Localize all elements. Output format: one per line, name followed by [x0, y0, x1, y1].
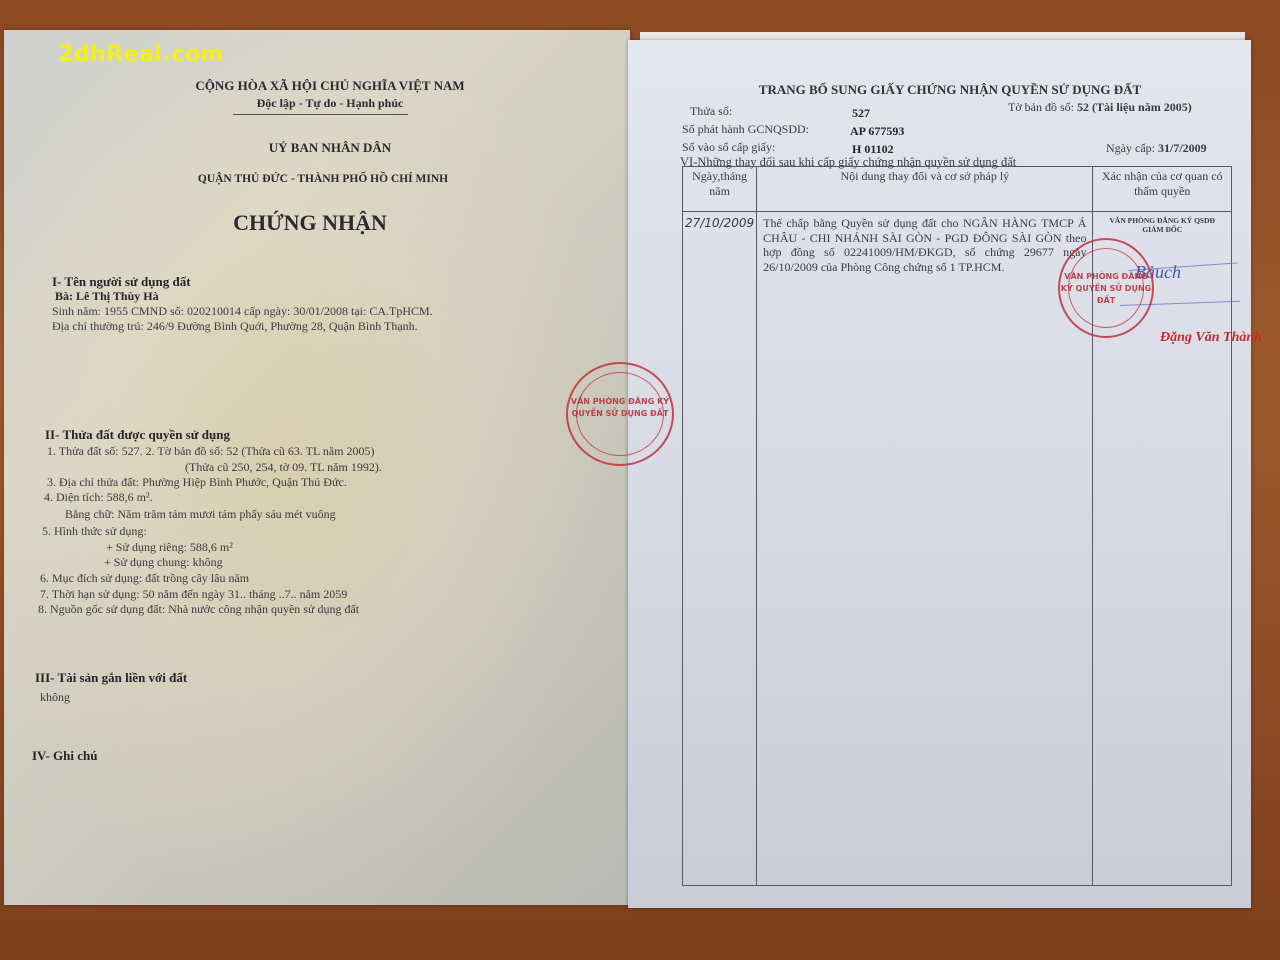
section2-heading: II- Thửa đất được quyền sử dụng — [45, 427, 230, 443]
site-watermark: 2dhReal.com — [58, 42, 224, 67]
national-title: CỘNG HÒA XÃ HỘI CHỦ NGHĨA VIỆT NAM — [100, 78, 560, 94]
district: QUẬN THỦ ĐỨC - THÀNH PHỐ HỒ CHÍ MINH — [100, 173, 546, 185]
issue-date: Ngày cấp: 31/7/2009 — [1106, 141, 1207, 156]
parcel-item: (Thửa cũ 250, 254, tờ 09. TL năm 1992). — [185, 460, 382, 475]
parcel-item: + Sử dụng riêng: 588,6 m² — [106, 540, 233, 555]
authority: UỶ BAN NHÂN DÂN — [100, 140, 560, 156]
cert-number-value: AP 677593 — [850, 124, 904, 139]
owner-id-line: Sinh năm: 1955 CMND số: 020210014 cấp ng… — [52, 304, 433, 319]
section1-heading: I- Tên người sử dụng đất — [52, 274, 191, 290]
parcel-item: 5. Hình thức sử dụng: — [42, 524, 147, 539]
section3-heading: III- Tài sản gắn liền với đất — [35, 670, 187, 686]
title-divider — [233, 114, 408, 115]
document-title: CHỨNG NHẬN — [100, 210, 520, 236]
parcel-label: Thửa số: — [690, 104, 732, 119]
registry-office: VĂN PHÒNG ĐĂNG KÝ QSDĐ — [1097, 216, 1227, 225]
register-label: Số vào sổ cấp giấy: — [682, 140, 775, 155]
seal-text: VĂN PHÒNG ĐĂNG KÝ QUYỀN SỬ DỤNG ĐẤT — [1060, 271, 1152, 307]
parcel-item: 6. Mục đích sử dụng: đất trồng cây lâu n… — [40, 571, 249, 586]
owner-address: Địa chỉ thường trú: 246/9 Đường Bình Quớ… — [52, 319, 418, 334]
map-sheet-label: Tờ bản đồ số: — [1008, 100, 1074, 114]
map-sheet: Tờ bản đồ số: 52 (Tài liệu năm 2005) — [1008, 100, 1192, 115]
owner-name: Bà: Lê Thị Thùy Hà — [55, 289, 159, 304]
parcel-item: 7. Thời hạn sử dụng: 50 năm đến ngày 31.… — [40, 587, 347, 602]
change-date: 27/10/2009 — [683, 212, 757, 886]
issue-date-label: Ngày cấp: — [1106, 141, 1155, 155]
col-header-confirmation: Xác nhận của cơ quan có thẩm quyền — [1093, 167, 1232, 212]
seal-text: VĂN PHÒNG ĐĂNG KÝ QUYỀN SỬ DỤNG ĐẤT — [568, 396, 672, 420]
parcel-item: Bằng chữ: Năm trăm tám mươi tám phẩy sáu… — [65, 507, 336, 522]
parcel-item: 8. Nguồn gốc sử dụng đất: Nhà nước công … — [38, 602, 359, 617]
map-sheet-value: 52 (Tài liệu năm 2005) — [1077, 100, 1192, 114]
parcel-item: 1. Thửa đất số: 527. 2. Tờ bản đồ số: 52… — [47, 444, 375, 459]
col-header-content: Nội dung thay đổi và cơ sở pháp lý — [757, 167, 1093, 212]
parcel-item: + Sử dụng chung: không — [104, 555, 223, 570]
parcel-value: 527 — [852, 106, 870, 121]
parcel-item: 3. Địa chỉ thửa đất: Phường Hiệp Bình Ph… — [47, 475, 347, 490]
director-title: GIÁM ĐỐC — [1097, 225, 1227, 234]
seal-stamp-signature: VĂN PHÒNG ĐĂNG KÝ QUYỀN SỬ DỤNG ĐẤT — [1058, 238, 1154, 338]
seal-stamp-center: VĂN PHÒNG ĐĂNG KÝ QUYỀN SỬ DỤNG ĐẤT — [566, 362, 674, 466]
parcel-item: 4. Diện tích: 588,6 m². — [44, 490, 153, 505]
change-content: Thế chấp bằng Quyền sử dụng đất cho NGÂN… — [757, 212, 1093, 886]
cert-number-label: Số phát hành GCNQSDD: — [682, 122, 809, 137]
table-row: 27/10/2009 Thế chấp bằng Quyền sử dụng đ… — [683, 212, 1232, 886]
section3-value: không — [40, 690, 70, 705]
table-header-row: Ngày,tháng năm Nội dung thay đổi và cơ s… — [683, 167, 1232, 212]
supplement-title: TRANG BỔ SUNG GIẤY CHỨNG NHẬN QUYỀN SỬ D… — [690, 82, 1210, 98]
section4-heading: IV- Ghi chú — [32, 748, 98, 764]
motto: Độc lập - Tự do - Hạnh phúc — [100, 96, 560, 111]
signer-name: Đặng Văn Thành — [1160, 330, 1262, 346]
col-header-date: Ngày,tháng năm — [683, 167, 757, 212]
issue-date-value: 31/7/2009 — [1158, 141, 1207, 155]
